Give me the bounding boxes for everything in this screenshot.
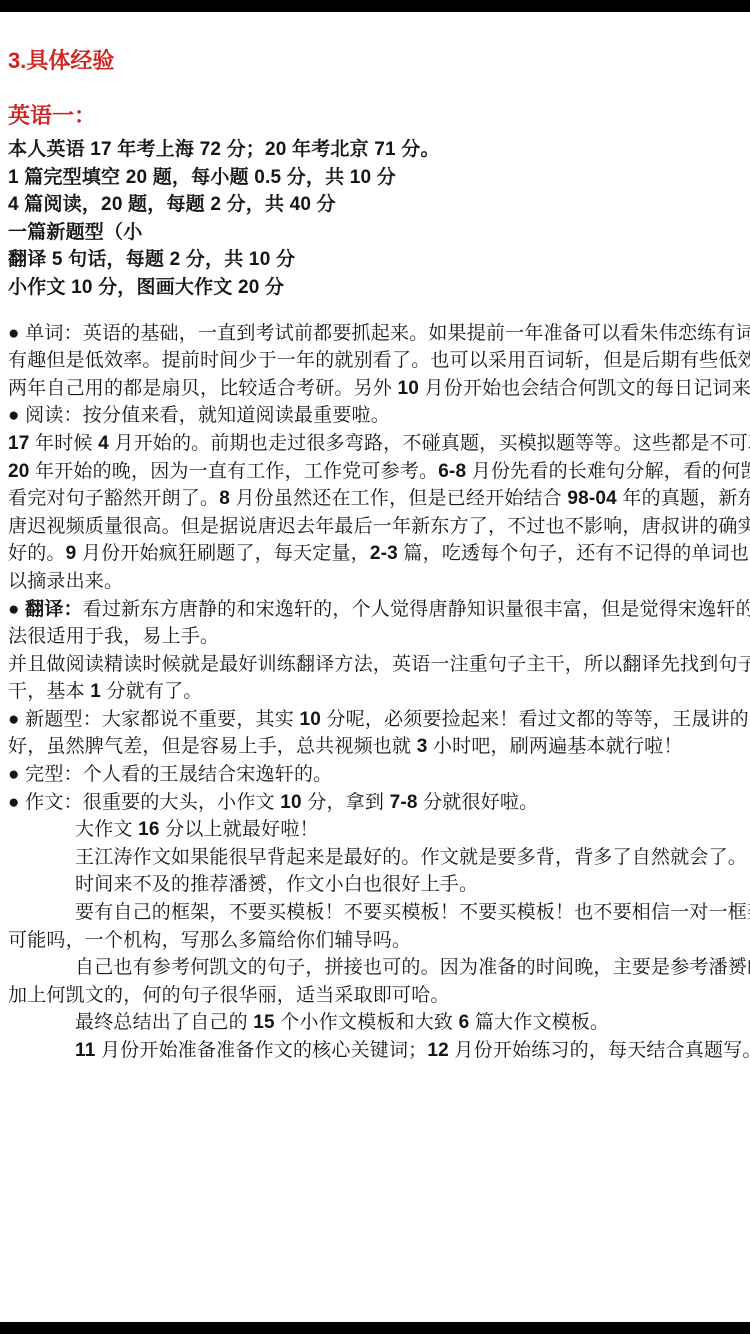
document-line: 加上何凯文的，何的句子很华丽，适当采取即可哈。 bbox=[8, 982, 742, 1010]
document-line: 自己也有参考何凯文的句子，拼接也可的。因为准备的时间晚，主要是参考潘赟的， bbox=[8, 954, 742, 982]
document-line: ● 单词：英语的基础，一直到考试前都要抓起来。如果提前一年准备可以看朱伟恋练有词… bbox=[8, 320, 742, 348]
document-line: 两年自己用的都是扇贝，比较适合考研。另外 10 月份开始也会结合何凯文的每日记词… bbox=[8, 375, 742, 403]
document-line: 4 篇阅读，20 题，每题 2 分，共 40 分 bbox=[8, 191, 742, 219]
document-line: 大作文 16 分以上就最好啦！ bbox=[8, 816, 742, 844]
document-line: 一篇新题型（小 bbox=[8, 219, 742, 247]
subsection-title: 英语一： bbox=[8, 103, 742, 129]
document-line: 小作文 10 分，图画大作文 20 分 bbox=[8, 274, 742, 302]
document-line: 可能吗，一个机构，写那么多篇给你们辅导吗。 bbox=[8, 927, 742, 955]
document-content: 3.具体经验 英语一： 本人英语 17 年考上海 72 分；20 年考北京 71… bbox=[0, 48, 750, 1065]
document-line: ● 作文：很重要的大头，小作文 10 分，拿到 7-8 分就很好啦。 bbox=[8, 789, 742, 817]
document-line: 20 年开始的晚，因为一直有工作，工作党可参考。6-8 月份先看的长难句分解，看… bbox=[8, 458, 742, 486]
top-black-bar bbox=[0, 0, 750, 12]
document-line: ● 翻译：看过新东方唐静的和宋逸轩的，个人觉得唐静知识量很丰富，但是觉得宋逸轩的… bbox=[8, 596, 742, 624]
document-line: 时间来不及的推荐潘赟，作文小白也很好上手。 bbox=[8, 871, 742, 899]
document-line: 唐迟视频质量很高。但是据说唐迟去年最后一年新东方了，不过也不影响，唐叔讲的确实挺 bbox=[8, 513, 742, 541]
document-line: 要有自己的框架，不要买模板！不要买模板！不要买模板！也不要相信一对一框架， bbox=[8, 899, 742, 927]
bottom-black-bar bbox=[0, 1322, 750, 1334]
document-line: 本人英语 17 年考上海 72 分；20 年考北京 71 分。 bbox=[8, 136, 742, 164]
document-line: 1 篇完型填空 20 题，每小题 0.5 分，共 10 分 bbox=[8, 164, 742, 192]
document-line: 干，基本 1 分就有了。 bbox=[8, 678, 742, 706]
document-line: 有趣但是低效率。提前时间少于一年的就别看了。也可以采用百词斩，但是后期有些低效率… bbox=[8, 347, 742, 375]
document-line: 王江涛作文如果能很早背起来是最好的。作文就是要多背，背多了自然就会了。 bbox=[8, 844, 742, 872]
document-line: 17 年时候 4 月开始的。前期也走过很多弯路，不碰真题，买模拟题等等。这些都是… bbox=[8, 430, 742, 458]
document-line: 翻译 5 句话，每题 2 分，共 10 分 bbox=[8, 246, 742, 274]
document-line: 好的。9 月份开始疯狂刷题了，每天定量，2-3 篇，吃透每个句子，还有不记得的单… bbox=[8, 540, 742, 568]
document-line: 法很适用于我，易上手。 bbox=[8, 623, 742, 651]
document-line: ● 新题型：大家都说不重要，其实 10 分呢，必须要捡起来！看过文都的等等，王晟… bbox=[8, 706, 742, 734]
section-title: 3.具体经验 bbox=[8, 48, 742, 74]
document-body: 本人英语 17 年考上海 72 分；20 年考北京 71 分。1 篇完型填空 2… bbox=[8, 136, 742, 1065]
document-line: 并且做阅读精读时候就是最好训练翻译方法，英语一注重句子主干，所以翻译先找到句子主 bbox=[8, 651, 742, 679]
document-line: ● 完型：个人看的王晟结合宋逸轩的。 bbox=[8, 761, 742, 789]
document-line: 好，虽然脾气差，但是容易上手，总共视频也就 3 小时吧，刷两遍基本就行啦！ bbox=[8, 733, 742, 761]
document-line: 以摘录出来。 bbox=[8, 568, 742, 596]
document-line: 最终总结出了自己的 15 个小作文模板和大致 6 篇大作文模板。 bbox=[8, 1009, 742, 1037]
document-line: ● 阅读：按分值来看，就知道阅读最重要啦。 bbox=[8, 402, 742, 430]
document-line: 11 月份开始准备准备作文的核心关键词；12 月份开始练习的，每天结合真题写。 bbox=[8, 1037, 742, 1065]
document-line: 看完对句子豁然开朗了。8 月份虽然还在工作，但是已经开始结合 98-04 年的真… bbox=[8, 485, 742, 513]
document-page: 3.具体经验 英语一： 本人英语 17 年考上海 72 分；20 年考北京 71… bbox=[0, 0, 750, 1334]
